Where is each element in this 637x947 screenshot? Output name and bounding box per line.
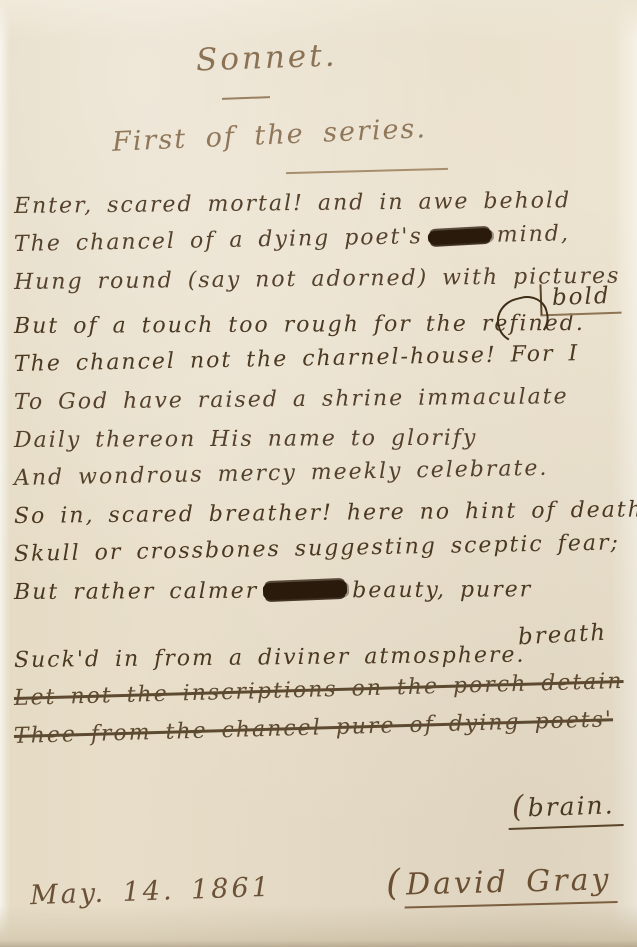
ink-blot — [427, 228, 492, 245]
signature-name: David Gray — [403, 862, 617, 909]
poem-line-2-text-pre: The chancel of a dying poet's — [14, 224, 423, 257]
poem-subtitle: First of the series. — [111, 113, 427, 158]
date: May. 14. 1861 — [30, 872, 273, 911]
poem-line-2: The chancel of a dying poet'smind, — [14, 218, 629, 260]
poem-line-11-text-post: beauty, purer — [352, 577, 532, 603]
ink-blot — [263, 580, 348, 600]
poem-line-14-struck: Thee from the chancel pure of dying poet… — [14, 705, 630, 752]
annotation-bold: bold — [540, 282, 622, 317]
title-underline — [222, 96, 270, 100]
poem-line-11: But rather calmerbeauty, purer — [14, 575, 629, 608]
annotation-brain: (brain. — [508, 786, 624, 830]
signature-flourish-mark: ( — [385, 863, 403, 904]
signature: (David Gray — [385, 857, 617, 904]
poem-line-10: Skull or crossbones suggesting sceptic f… — [14, 528, 629, 570]
poem-line-3: Hung round (say not adorned) with pictur… — [14, 262, 629, 298]
poem-line-2-text-post: mind, — [496, 221, 570, 247]
poem-title: Sonnet. — [195, 38, 338, 79]
poem-line-5: The chancel not the charnel-house! For I — [14, 338, 629, 380]
poem-body: Enter, scared mortal! and in awe behold … — [14, 192, 629, 760]
poem-line-1: Enter, scared mortal! and in awe behold — [14, 186, 629, 222]
poem-line-8: And wondrous mercy meekly celebrate. — [14, 452, 629, 494]
annotation-brain-text: brain. — [528, 790, 616, 822]
poem-line-6: To God have raised a shrine immaculate — [14, 382, 629, 418]
subtitle-underline — [286, 168, 448, 174]
poem-line-11-text-pre: But rather calmer — [14, 579, 258, 605]
poem-line-7: Daily thereon His name to glorify — [14, 423, 629, 456]
poem-line-9: So in, scared breather! here no hint of … — [14, 496, 629, 532]
manuscript-page: Sonnet. First of the series. Enter, scar… — [0, 0, 637, 947]
insertion-caret-mark: ( — [512, 789, 527, 824]
annotation-breath: breath — [517, 620, 607, 651]
